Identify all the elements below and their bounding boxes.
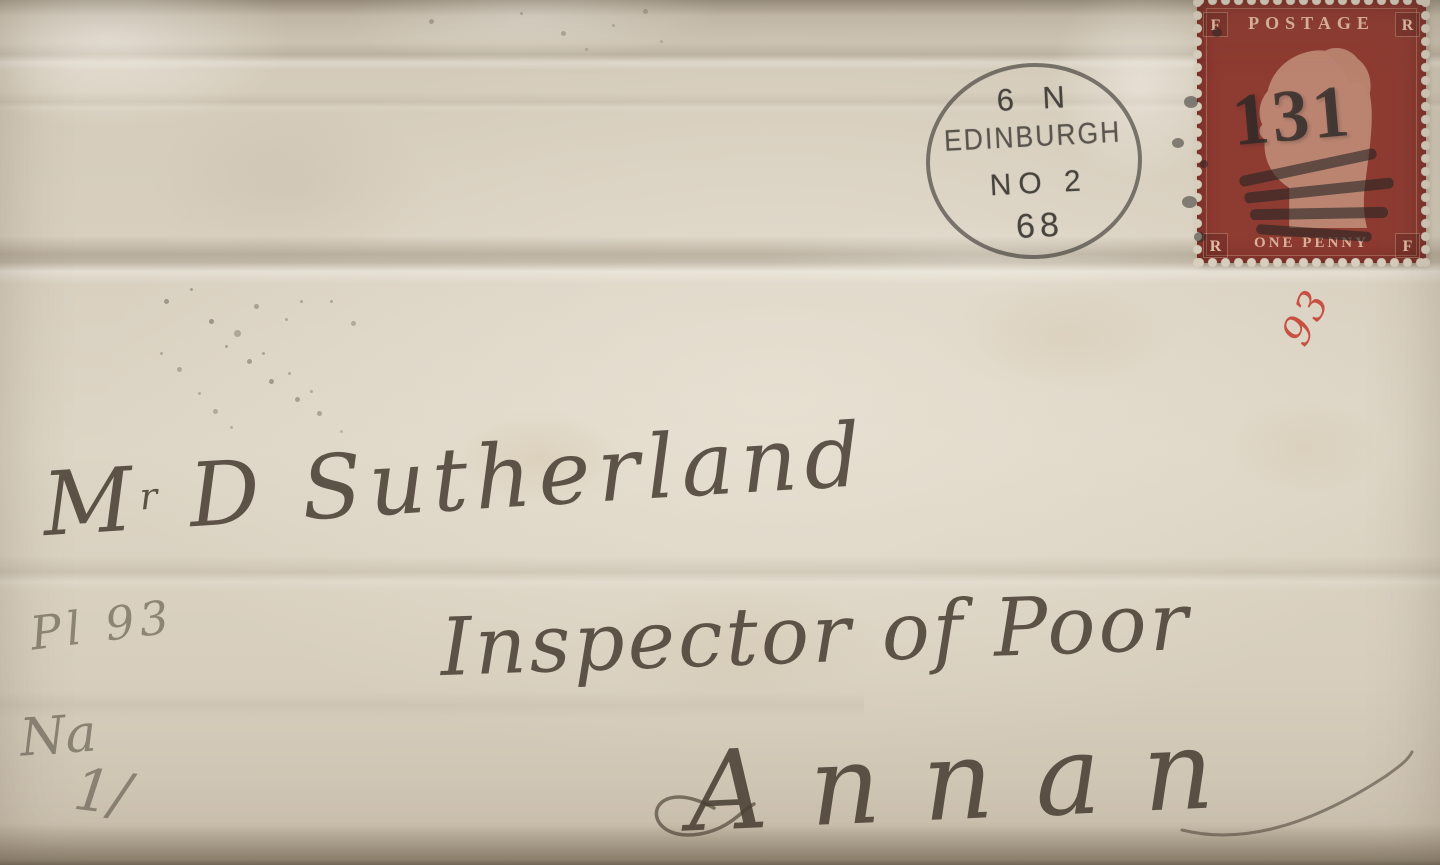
perforation-edge [1193, 0, 1202, 267]
perforation-edge [1193, 258, 1430, 267]
cancel-ink-blob [1200, 160, 1208, 168]
cancel-ink-blob [1182, 196, 1197, 208]
cancel-numeral: 131 [1229, 69, 1356, 164]
ink-specks [0, 0, 3, 3]
paper-crease [0, 692, 864, 718]
envelope-scan: 6 N EDINBURGH NO 2 68 POSTAGE F R R F ON… [0, 0, 1440, 865]
pencil-note-price: 1/ [70, 755, 134, 829]
circular-datestamp: 6 N EDINBURGH NO 2 68 [921, 57, 1147, 264]
paper-stain [950, 280, 1180, 395]
paper-light-patch [339, 0, 722, 71]
stamp-corner-letter-bl: R [1203, 233, 1228, 258]
pencil-note-plate: Pl 93 [27, 589, 176, 660]
cancel-ink-blob [1172, 138, 1184, 148]
cancel-ink-blob [1212, 28, 1222, 37]
honorific: M [40, 447, 143, 556]
address-line-town: Annan [685, 704, 1258, 857]
address-line-title: Inspector of Poor [439, 575, 1193, 694]
cancel-ink-blob [1184, 96, 1198, 108]
address-line-recipient: MrD Sutherland [40, 403, 871, 556]
paper-crease [0, 556, 1440, 590]
honorific-superscript: r [138, 474, 160, 518]
recipient-name: D Sutherland [186, 403, 870, 547]
ink-specks [0, 0, 3, 3]
postmark-date: NO 2 [930, 162, 1139, 207]
stamp-corner-letter-tr: R [1395, 12, 1420, 37]
paper-stain [1220, 400, 1390, 495]
paper-stain [150, 100, 430, 270]
cancel-ink-blob [1194, 232, 1206, 242]
perforation-edge [1421, 0, 1430, 267]
red-plate-number: 93 [1273, 281, 1340, 353]
postmark-year: 68 [933, 201, 1143, 251]
stamp-corner-letter-br: F [1395, 233, 1420, 258]
paper-light-patch [0, 0, 290, 130]
stamp-postage-label: POSTAGE [1227, 13, 1396, 39]
perforation-edge [1193, 0, 1430, 5]
